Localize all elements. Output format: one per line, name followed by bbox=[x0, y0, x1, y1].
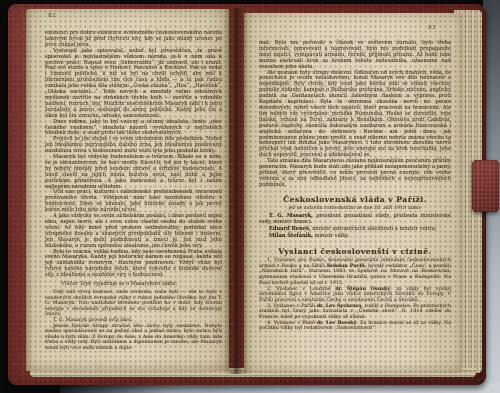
government-section-subheading: jež se ustavila rozhodnutím ze dne 26. z… bbox=[259, 206, 451, 212]
paragraph: Dnes vidíme, jaký to byl vzácný a účinný… bbox=[45, 120, 222, 138]
paragraph: Masaryk byl vždycky budovatelem a tvůrce… bbox=[45, 155, 222, 190]
quote-paragraph: Jenom fysické útrapy strašné této úlohy … bbox=[45, 324, 222, 352]
envoys-section-heading: Vyslanci českoslovenští v cizině. bbox=[259, 249, 451, 255]
quote-intro-line: Viktor Dyk vyjadřuje se o Masarykovi tak… bbox=[45, 282, 222, 288]
paragraph: existenci pro dobro existence svobodného… bbox=[45, 31, 222, 49]
paragraph: Ale nesnáze byly útrapy duševní. Odlouče… bbox=[259, 71, 451, 160]
bookmark-tab bbox=[472, 160, 499, 212]
paragraph: mat. Bylo mu pečovati o článek ve světov… bbox=[259, 41, 451, 71]
paragraph: Projevil se jím stejně i ve svém ohromné… bbox=[45, 137, 222, 155]
member-role: ministr zahraničních záležitostí a minis… bbox=[311, 226, 437, 232]
envoy-entry: 1. Vyslanec pro Rusko, dosavadní generál… bbox=[259, 258, 451, 287]
member-role: ministr války. bbox=[313, 233, 349, 239]
envoy-entry: 4. Vyslanec v Římě dr. Lev Borský. Za hr… bbox=[259, 321, 451, 332]
envoy-entry: 2. Vyslanec v Londýně dr. Štěpán Osuský;… bbox=[259, 287, 451, 304]
page-left: 82 existenci pro dobro existence svobodn… bbox=[26, 9, 229, 371]
paragraph: A jako vždycky ve svém učitelském poslán… bbox=[45, 214, 222, 249]
right-page-text-column: mat. Bylo mu pečovati o článek ve světov… bbox=[259, 41, 451, 367]
government-section-heading: Československá vláda v Paříži. bbox=[259, 197, 451, 203]
paragraph: Byla to vzácná, veliká hodina, kdy naše … bbox=[45, 250, 222, 280]
member-name: Eduard Beneš, bbox=[269, 226, 311, 232]
page-number-left: 82 bbox=[48, 13, 56, 19]
quote-intro-rest: vyjadřuje se o Masarykovi takto: bbox=[92, 281, 178, 287]
envoy-entry: 3. Vyslanec v Paříži dr. Lev Sychrava, r… bbox=[259, 304, 451, 321]
left-page-text-column: existenci pro dobro existence svobodného… bbox=[45, 31, 222, 367]
quote-paragraph: Celý náš vývoj budoucí, naše svoboda, na… bbox=[45, 290, 222, 318]
paragraph: Vystoupil jako spisovatel, neboť byl pře… bbox=[45, 49, 222, 120]
page-right: 83 mat. Bylo mu pečovati o článek ve svě… bbox=[244, 13, 462, 373]
government-member-line: Milan Štefánik, ministr války. bbox=[259, 234, 451, 240]
page-number-right: 83 bbox=[428, 25, 436, 31]
book-photo: 82 existenci pro dobro existence svobodn… bbox=[0, 0, 500, 393]
book-cover: 82 existenci pro dobro existence svobodn… bbox=[8, 4, 486, 385]
quote-author-name: Viktor Dyk bbox=[61, 281, 92, 287]
paragraph: Tato stránka díla Masarykova zůstane nej… bbox=[259, 159, 451, 189]
member-name: Milan Štefánik, bbox=[269, 233, 313, 239]
paragraph: Učil nás práci, kulturní i náboženské pr… bbox=[45, 190, 222, 214]
government-member-line: T. G. Masaryk, president prozatímní vlád… bbox=[259, 214, 451, 226]
